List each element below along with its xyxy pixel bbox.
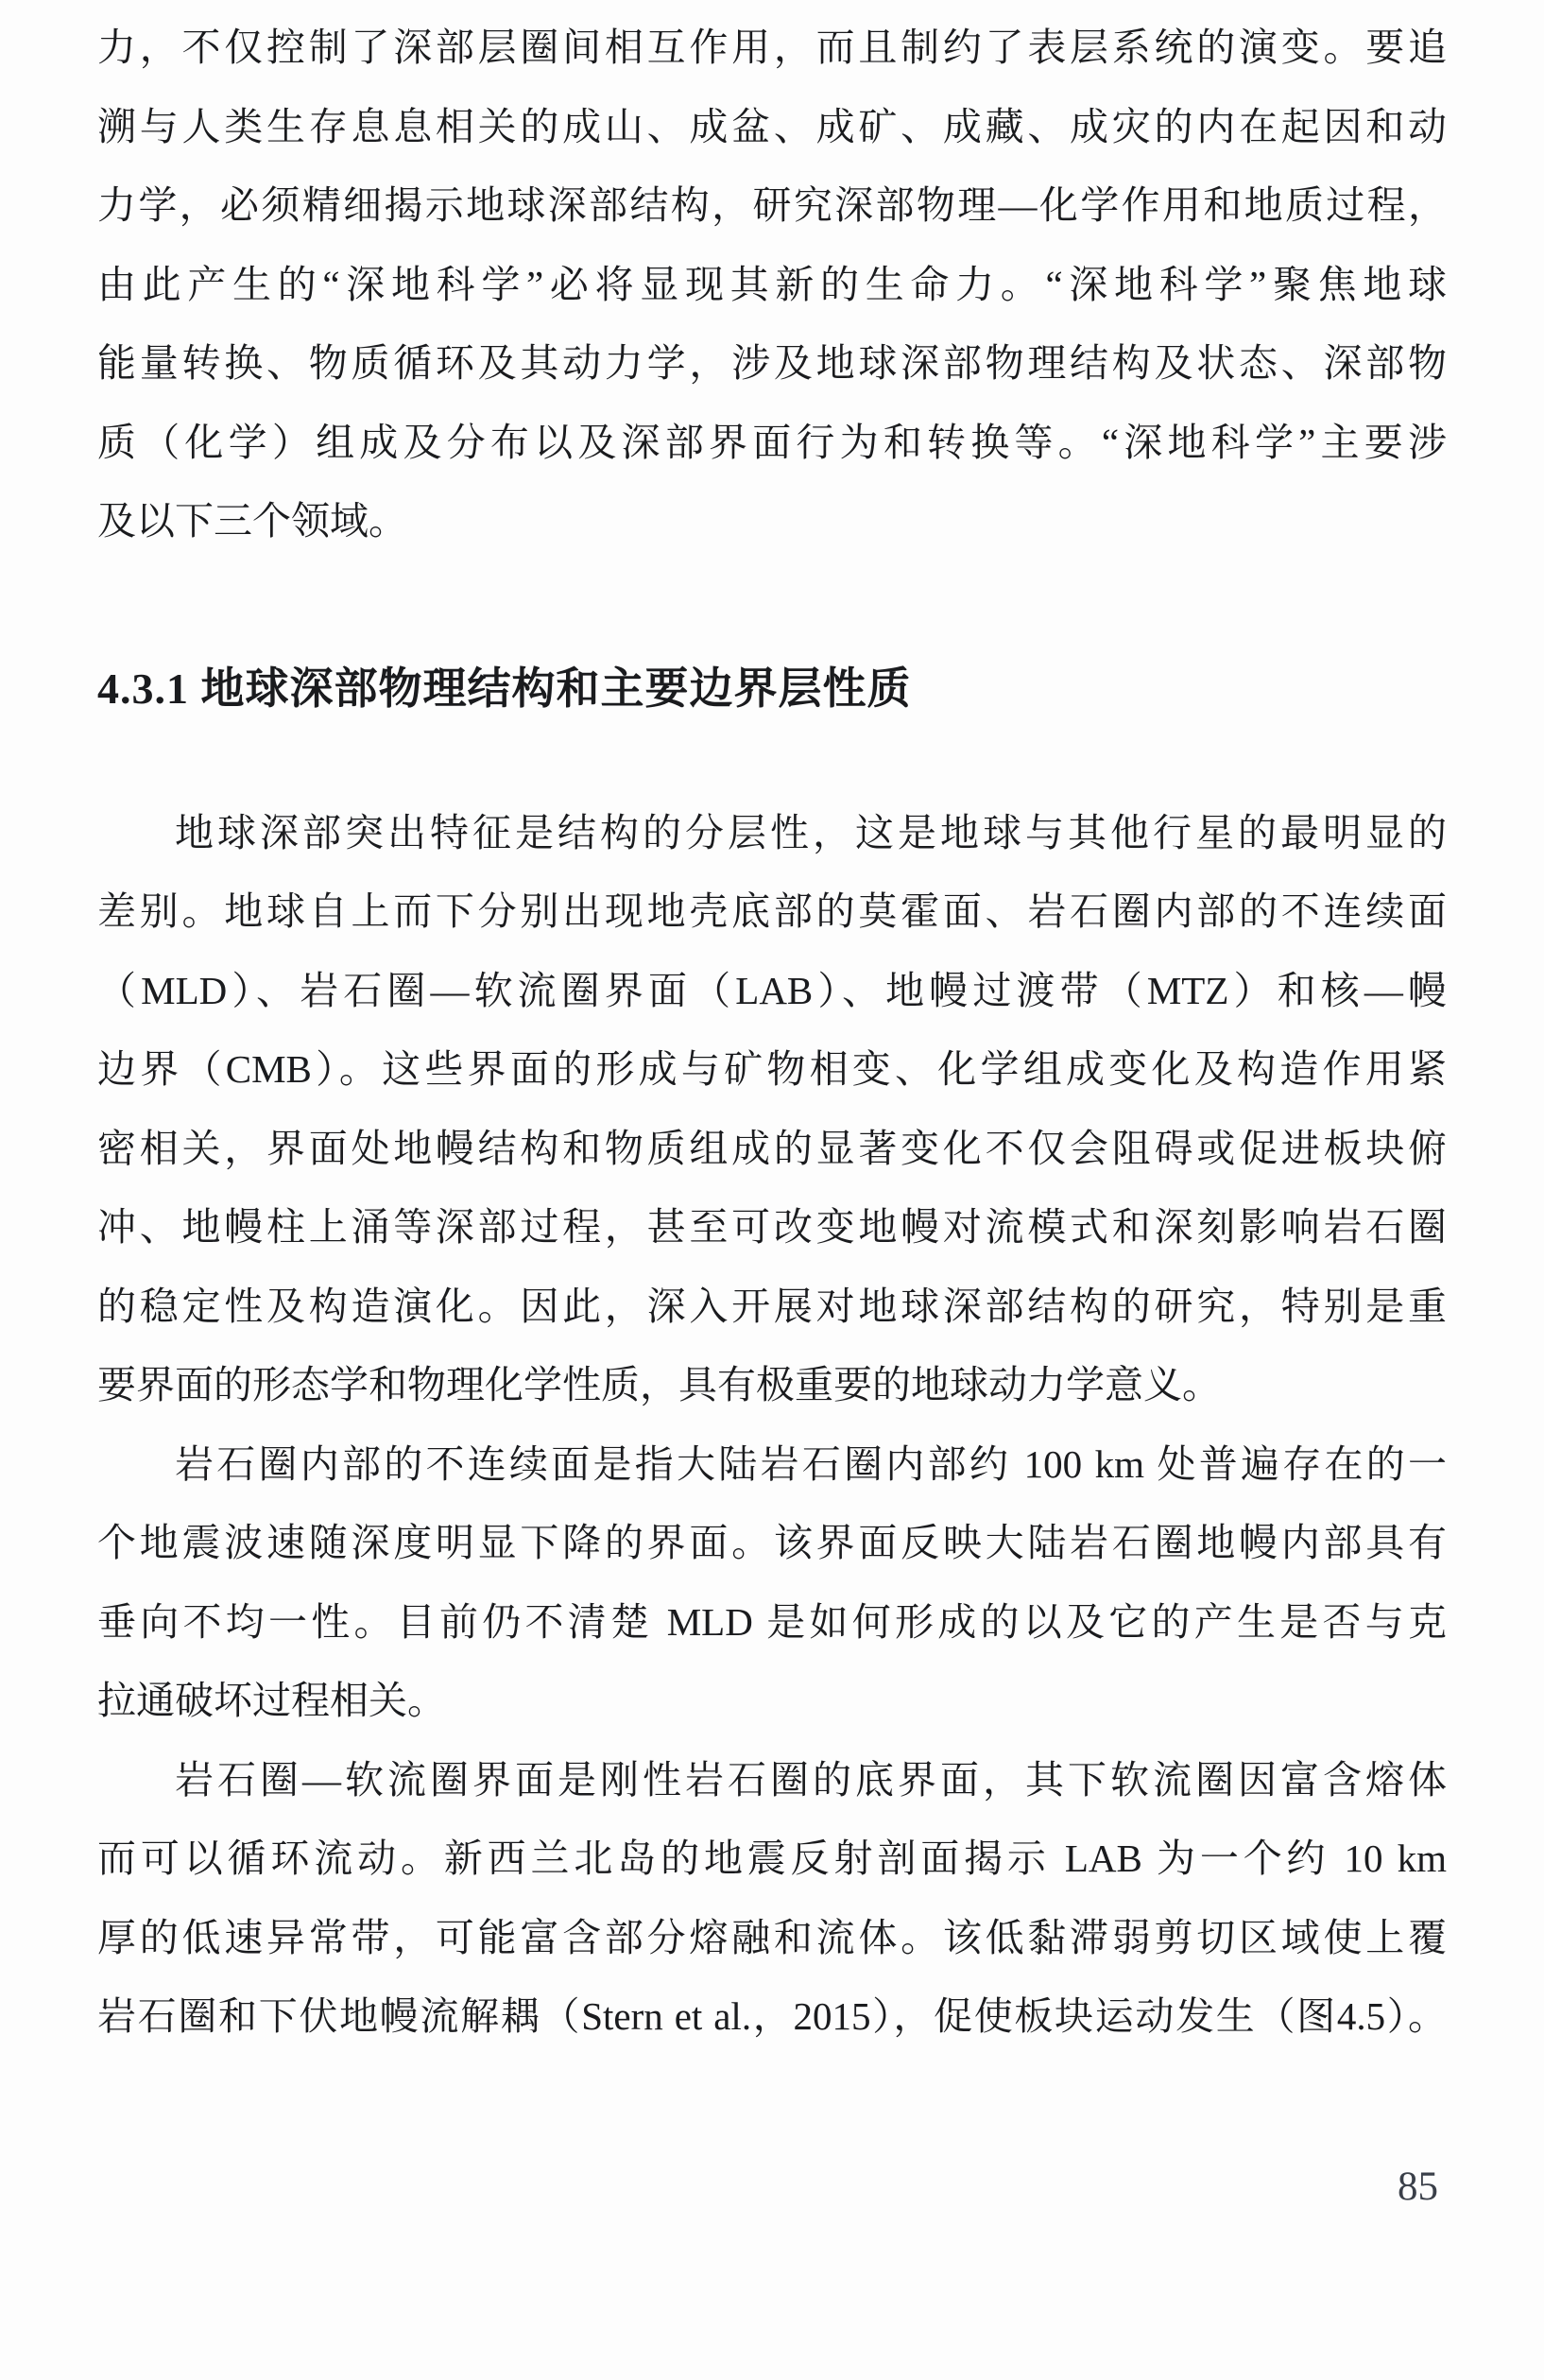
- body-line: 岩石圈和下伏地幔流解耦（Stern et al.，2015），促使板块运动发生（…: [97, 1977, 1447, 2057]
- document-page: 力，不仅控制了深部层圈间相互作用，而且制约了表层系统的演变。要追溯与人类生存息息…: [0, 0, 1544, 2380]
- body-line: 冲、地幔柱上涌等深部过程，甚至可改变地幔对流模式和深刻影响岩石圈: [97, 1188, 1447, 1268]
- body-line: 质（化学）组成及分布以及深部界面行为和转换等。“深地科学”主要涉: [97, 404, 1447, 483]
- body-text: 力，不仅控制了深部层圈间相互作用，而且制约了表层系统的演变。要追溯与人类生存息息…: [97, 9, 1447, 2057]
- body-line: 及以下三个领域。: [97, 482, 1447, 561]
- page-number: 85: [1398, 2164, 1438, 2210]
- body-line: 差别。地球自上而下分别出现地壳底部的莫霍面、岩石圈内部的不连续面: [97, 872, 1447, 952]
- body-line: 要界面的形态学和物理化学性质，具有极重要的地球动力学意义。: [97, 1346, 1447, 1425]
- paragraph: 力，不仅控制了深部层圈间相互作用，而且制约了表层系统的演变。要追溯与人类生存息息…: [97, 9, 1447, 561]
- paragraph: 地球深部突出特征是结构的分层性，这是地球与其他行星的最明显的差别。地球自上而下分…: [97, 794, 1447, 1425]
- body-line: 厚的低速异常带，可能富含部分熔融和流体。该低黏滞弱剪切区域使上覆: [97, 1899, 1447, 1978]
- body-line: 边界（CMB）。这些界面的形成与矿物相变、化学组成变化及构造作用紧: [97, 1030, 1447, 1110]
- body-line: 力，不仅控制了深部层圈间相互作用，而且制约了表层系统的演变。要追: [97, 9, 1447, 88]
- body-line: 能量转换、物质循环及其动力学，涉及地球深部物理结构及状态、深部物: [97, 324, 1447, 404]
- body-line: 地球深部突出特征是结构的分层性，这是地球与其他行星的最明显的: [97, 794, 1447, 873]
- body-line: 垂向不均一性。目前仍不清楚 MLD 是如何形成的以及它的产生是否与克: [97, 1583, 1447, 1663]
- paragraph: 岩石圈—软流圈界面是刚性岩石圈的底界面，其下软流圈因富含熔体而可以循环流动。新西…: [97, 1741, 1447, 2057]
- body-line: 个地震波速随深度明显下降的界面。该界面反映大陆岩石圈地幔内部具有: [97, 1504, 1447, 1583]
- body-line: 密相关，界面处地幔结构和物质组成的显著变化不仅会阻碍或促进板块俯: [97, 1110, 1447, 1189]
- body-line: 而可以循环流动。新西兰北岛的地震反射剖面揭示 LAB 为一个约 10 km: [97, 1819, 1447, 1899]
- body-line: 溯与人类生存息息相关的成山、成盆、成矿、成藏、成灾的内在起因和动: [97, 88, 1447, 167]
- body-line: 拉通破坏过程相关。: [97, 1662, 1447, 1741]
- body-line: 岩石圈内部的不连续面是指大陆岩石圈内部约 100 km 处普遍存在的一: [97, 1425, 1447, 1505]
- body-line: 由此产生的“深地科学”必将显现其新的生命力。“深地科学”聚焦地球: [97, 246, 1447, 325]
- paragraph: 岩石圈内部的不连续面是指大陆岩石圈内部约 100 km 处普遍存在的一个地震波速…: [97, 1425, 1447, 1741]
- body-line: （MLD）、岩石圈—软流圈界面（LAB）、地幔过渡带（MTZ）和核—幔: [97, 952, 1447, 1031]
- body-line: 力学，必须精细揭示地球深部结构，研究深部物理—化学作用和地质过程，: [97, 166, 1447, 246]
- body-line: 的稳定性及构造演化。因此，深入开展对地球深部结构的研究，特别是重: [97, 1268, 1447, 1347]
- section-heading: 4.3.1 地球深部物理结构和主要边界层性质: [97, 655, 1447, 723]
- body-line: 岩石圈—软流圈界面是刚性岩石圈的底界面，其下软流圈因富含熔体: [97, 1741, 1447, 1820]
